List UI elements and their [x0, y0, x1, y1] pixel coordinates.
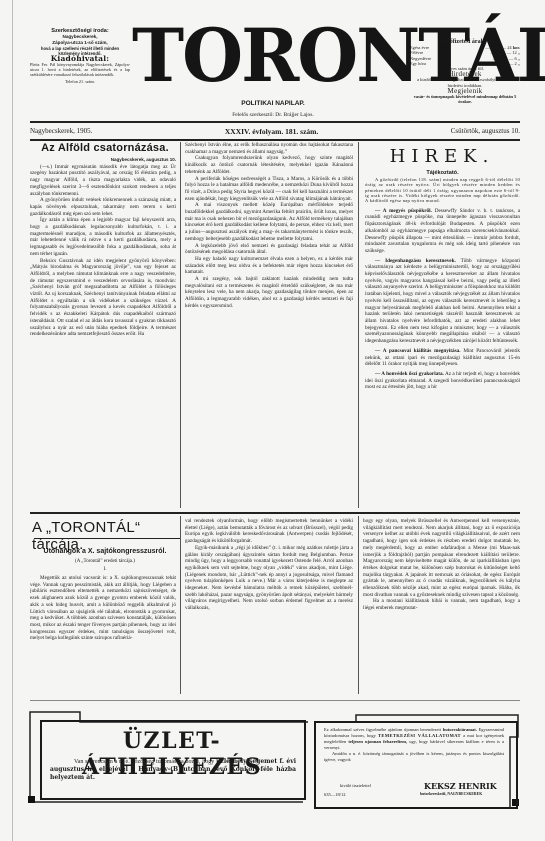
subscription-box: Előfizetési árak: Egész évre— — — — 24 k…	[410, 40, 520, 104]
ad-text: Ez alkalommal szíves figyelmébe ajánlom …	[324, 727, 504, 762]
article-column-2: Széchenyi István élne, az erők felhaszná…	[185, 142, 353, 508]
article-paragraph: A gyönyörűen indult vetések tönkremennek…	[30, 197, 176, 217]
news-column: Tájékoztató. A gőzfürdő (telefon 118. sz…	[365, 170, 520, 510]
article-paragraph: A mai viszonyok mellett közép Európában …	[185, 202, 353, 242]
feuilleton-column-1: Megettük az utolsó vacsorát is: a X. saj…	[30, 575, 176, 693]
ad-bold-part: teljesen ujonnan felszereltem,	[348, 739, 407, 744]
ad-bold-part: TEMETKEZÉSI VÁLLALATOMAT	[378, 733, 461, 738]
editor-line: Felelős szerkesztő: Dr. Brájjer Lajos.	[178, 112, 368, 118]
feuilleton-text: Ha a mostani kiállításnak hibái is vanna…	[363, 598, 520, 611]
feuilleton-column-3: hogy egy olyan, melyek Brüsszellel és An…	[363, 518, 520, 694]
news-text: Dessewffy Sándor v. b. t. tanácsos, a cs…	[365, 208, 520, 254]
article-paragraph: A legközelebb jövő első nemzeti és gazda…	[185, 243, 353, 256]
dateline: Nagybecskerek, 1905. XXXIV. évfolyam. 18…	[30, 124, 520, 138]
funeral-advertisement: Ez alkalommal szíves figyelmébe ajánlom …	[312, 713, 520, 808]
column-divider	[358, 142, 359, 508]
news-heading: — Idegenhangzásu keresztnevek.	[375, 258, 456, 264]
newspaper-subtitle: POLITIKAI NAPILAP.	[178, 100, 368, 107]
dateline-volume: XXXIV. évfolyam. 181. szám.	[225, 127, 318, 136]
article-column-1: Nagybecskerek, augusztus 10. (—s.) Immár…	[30, 157, 176, 507]
phone: Telefon 21. szám.	[30, 79, 130, 84]
ad-lead: Van szerencsém a n. é. közönség tudomásá…	[50, 759, 214, 765]
appears-note: vasár- és ünnepnapok kivételével mindenn…	[410, 94, 520, 104]
news-section-title: HIREK.	[362, 146, 522, 167]
article-paragraph: (—s.) Immár egymásután második éve látog…	[30, 164, 176, 198]
news-item: — A megyés püspökről. Dessewffy Sándor v…	[365, 208, 520, 255]
article-paragraph: Széchenyi István élne, az erők felhaszná…	[185, 142, 353, 155]
price-label: Egy hóra	[410, 61, 426, 66]
article-paragraph: A periferiák hőséges nedvességét a Tisza…	[185, 176, 353, 203]
article-paragraph: Így aztán a klima épen a legjobb magyar …	[30, 217, 176, 257]
divider	[30, 700, 520, 701]
article-byline: Nagybecskerek, augusztus 10.	[30, 157, 176, 164]
dateline-place: Nagybecskerek, 1905.	[30, 127, 92, 135]
ad-bold-part: butorraktáramat.	[443, 727, 477, 732]
divider	[30, 139, 520, 141]
feuilleton-text: Egyik-másikunk a „régi jó időkben” (t. i…	[185, 545, 353, 612]
divider	[34, 538, 180, 539]
feuilleton-text: val rendeztek olyanformán, hogy előbb me…	[185, 518, 353, 545]
feuilleton-text: hogy egy olyan, melyek Brüsszellel és An…	[363, 518, 520, 598]
feuilleton-title: Utóhangok a X. sajtókongresszusról.	[30, 548, 180, 555]
news-text: A gőzfürdő (telefon 118. szám) minden na…	[365, 177, 520, 204]
dateline-date: Csütörtök, augusztus 10.	[451, 127, 520, 135]
ad-signature-sub: butorkereskedő, NAGYBECSKEREK	[420, 792, 482, 796]
price-value: 2	[514, 61, 516, 66]
ad-text-part: Amidőn a n. é. közönség támogatását a jö…	[324, 751, 504, 762]
office-info: Szerkesztőségi iroda: Nagybecskerek, Záp…	[30, 28, 130, 84]
article-paragraph: Beksics Gusztávnak az idén megjelent gyö…	[30, 258, 176, 338]
news-text: Több vármegye központi választmánya azt …	[365, 258, 520, 344]
feuilleton-text: Megettük az utolsó vacsorát is: a X. saj…	[30, 575, 176, 642]
publisher-note: Pleitz Fer. Pál könyvnyomdája Nagybecske…	[30, 62, 130, 77]
ad-text-part: Ez alkalommal szíves figyelmébe ajánlom …	[324, 727, 441, 732]
relocation-advertisement: ÜZLET-ÁTHELYEZÉS Van szerencsém a n. é. …	[28, 708, 304, 808]
divider	[30, 121, 520, 123]
ad-number: 635—18/12	[324, 792, 346, 797]
news-heading: — A pancsovai kiállítás megnyitása.	[375, 348, 461, 354]
price-unit: „	[518, 61, 520, 66]
column-divider	[180, 142, 181, 508]
news-heading: — A honvédek őszi gyakorlata.	[375, 371, 444, 377]
section-divider	[30, 512, 520, 514]
feuilleton-column-2: val rendeztek olyanformán, hogy előbb me…	[185, 518, 353, 694]
ad-signature: KEKSZ HENRIK	[424, 781, 497, 791]
news-heading: Tájékoztató.	[365, 170, 520, 177]
ad-text: Van szerencsém a n. é. közönség tudomásá…	[50, 758, 296, 782]
column-divider	[358, 516, 359, 694]
corner-block-icon	[28, 796, 35, 803]
ad-greeting: kiváló tisztelettel	[340, 783, 371, 788]
article-title: Az Alföld csatornázása.	[30, 142, 180, 154]
feuilleton-section: I.	[30, 567, 180, 572]
article-paragraph: A mi szegény, sok bajtól zaklatott hazán…	[185, 276, 353, 310]
news-heading: — A megyés püspökről.	[375, 208, 432, 214]
article-paragraph: Ha egy haladó nagy kulturnemzet élvala e…	[185, 256, 353, 276]
feuilleton-subtitle: (A „Torontál” eredeti tárcája.)	[30, 559, 180, 564]
news-item: — Idegenhangzásu keresztnevek. Több várm…	[365, 258, 520, 345]
news-item: — A honvédek őszi gyakorlata. Az a hír t…	[365, 371, 520, 391]
newspaper-title: TORONTÁL	[132, 18, 404, 94]
article-paragraph: Csakugyan folyamrendszerünk olyan kedvez…	[185, 155, 353, 175]
news-item: — A pancsovai kiállítás megnyitása. Mint…	[365, 348, 520, 368]
column-divider	[180, 516, 181, 694]
